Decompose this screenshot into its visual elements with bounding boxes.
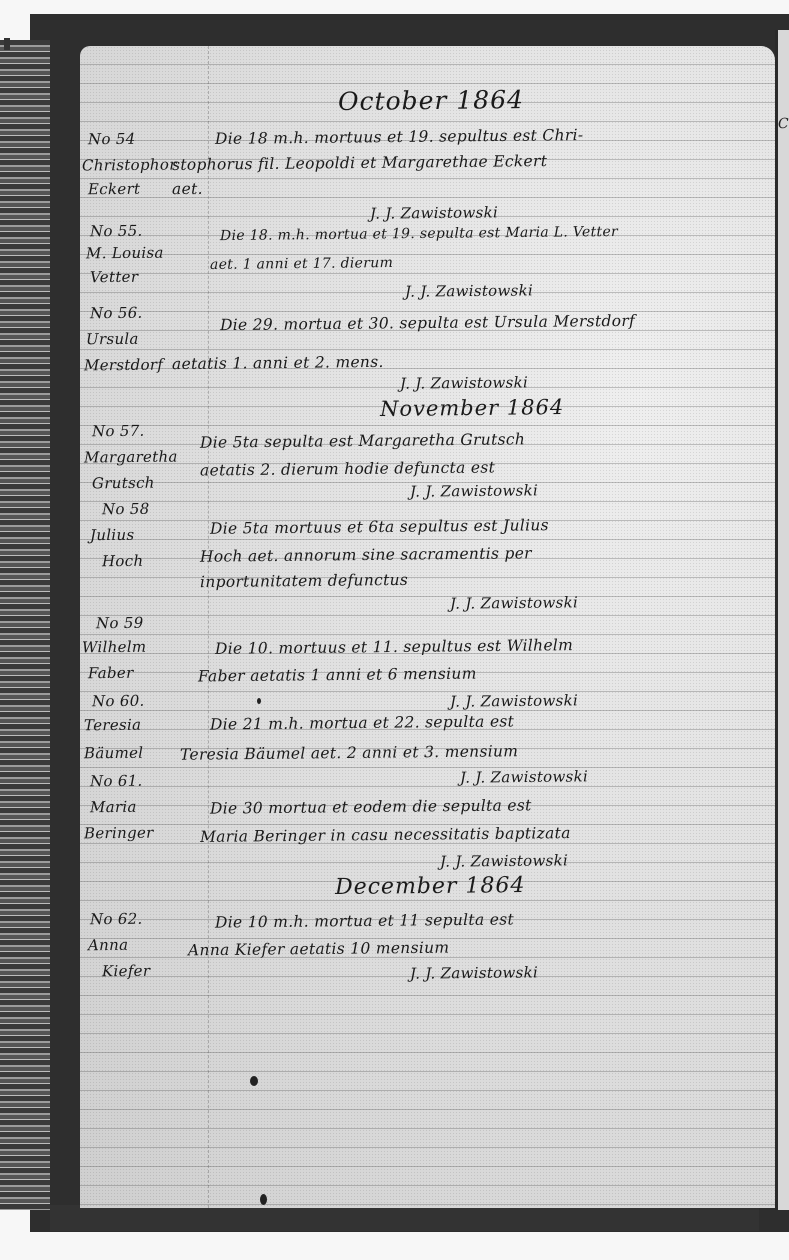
entry-text-line: Teresia Bäumel aet. 2 anni et 3. mensium bbox=[180, 742, 518, 764]
entry-name-first: Margaretha bbox=[84, 448, 178, 467]
entry-name-first: Maria bbox=[90, 798, 137, 816]
entry-text-line: Die 30 mortua et eodem die sepulta est bbox=[210, 796, 532, 817]
entry-name-first: Anna bbox=[88, 936, 128, 954]
entry-text-line: Die 18. m.h. mortua et 19. sepulta est M… bbox=[220, 224, 618, 244]
priest-signature: J. J. Zawistowski bbox=[440, 851, 568, 870]
entry-number: No 58 bbox=[102, 500, 150, 518]
entry-number: No 57. bbox=[92, 422, 145, 441]
entry-text-line: Die 18 m.h. mortuus et 19. sepultus est … bbox=[215, 126, 583, 148]
month-heading-december: December 1864 bbox=[335, 873, 526, 900]
priest-signature: J. J. Zawistowski bbox=[460, 767, 588, 786]
register-page: October 1864 No 54 Christophor Eckert Di… bbox=[80, 46, 775, 1208]
priest-signature: J. J. Zawistowski bbox=[400, 373, 528, 392]
entry-name-first: Christophor bbox=[82, 156, 177, 175]
entry-name-first: Wilhelm bbox=[82, 638, 147, 657]
entry-text-line: Faber aetatis 1 anni et 6 mensium bbox=[198, 665, 477, 686]
entry-text-line: Die 5ta sepulta est Margaretha Grutsch bbox=[200, 430, 525, 451]
entry-text-line: Anna Kiefer aetatis 10 mensium bbox=[188, 939, 450, 960]
entry-text-line: Die 29. mortua et 30. sepulta est Ursula… bbox=[220, 312, 635, 334]
margin-rule bbox=[208, 46, 210, 1208]
entry-text-line: aet. bbox=[172, 180, 203, 198]
priest-signature: J. J. Zawistowski bbox=[410, 481, 538, 500]
entry-text-line: stophorus fil. Leopoldi et Margarethae E… bbox=[172, 152, 547, 174]
priest-signature: J. J. Zawistowski bbox=[370, 203, 498, 222]
entry-text-line: Die 10 m.h. mortua et 11 sepulta est bbox=[215, 910, 514, 931]
entry-text-line: Die 5ta mortuus et 6ta sepultus est Juli… bbox=[210, 516, 549, 538]
entry-number: No 60. bbox=[92, 692, 145, 711]
entry-number: No 54 bbox=[88, 130, 136, 148]
adjacent-page-edge bbox=[775, 30, 789, 1210]
entry-name-last: Merstdorf bbox=[84, 356, 163, 375]
priest-signature: J. J. Zawistowski bbox=[450, 593, 578, 612]
entry-name-last: Bäumel bbox=[84, 744, 144, 763]
entry-number: No 56. bbox=[90, 304, 143, 323]
entry-number: No 62. bbox=[90, 910, 143, 929]
entry-number: No 55. bbox=[90, 222, 143, 241]
entry-text-line: aetatis 1. anni et 2. mens. bbox=[172, 353, 384, 373]
entry-name-last: Hoch bbox=[102, 552, 144, 570]
adjacent-page-fragment: Chri bbox=[778, 116, 789, 132]
month-heading-october: October 1864 bbox=[338, 85, 524, 116]
ink-blot bbox=[260, 1194, 267, 1205]
entry-text-line: Maria Beringer in casu necessitatis bapt… bbox=[200, 824, 571, 846]
priest-signature: J. J. Zawistowski bbox=[450, 691, 578, 710]
entry-name-last: Faber bbox=[88, 664, 134, 682]
entry-name-last: Beringer bbox=[84, 824, 154, 843]
entry-name-last: Kiefer bbox=[102, 962, 150, 981]
scan-edge-strip bbox=[0, 40, 50, 1210]
entry-text-line: inportunitatem defunctus bbox=[200, 571, 408, 591]
priest-signature: J. J. Zawistowski bbox=[410, 963, 538, 982]
entry-name-last: Grutsch bbox=[92, 474, 155, 493]
entry-text-line: aet. 1 anni et 17. dierum bbox=[210, 255, 393, 273]
entry-text-line: Die 10. mortuus et 11. sepultus est Wilh… bbox=[215, 636, 573, 658]
scan-bottom-shadow bbox=[50, 1205, 759, 1231]
entry-name-last: Vetter bbox=[90, 268, 138, 287]
entry-text-line: Die 21 m.h. mortua et 22. sepulta est bbox=[210, 712, 514, 733]
entry-text-line: aetatis 2. dierum hodie defuncta est bbox=[200, 458, 495, 479]
entry-name-first: Julius bbox=[90, 526, 135, 544]
priest-signature: J. J. Zawistowski bbox=[405, 281, 533, 300]
entry-name-first: Teresia bbox=[84, 716, 141, 735]
entry-name-first: M. Louisa bbox=[86, 244, 164, 263]
month-heading-november: November 1864 bbox=[380, 395, 565, 421]
ink-blot bbox=[257, 698, 261, 704]
entry-text-line: Hoch aet. annorum sine sacramentis per bbox=[200, 544, 532, 565]
entry-name-first: Ursula bbox=[86, 330, 139, 349]
ink-blot bbox=[250, 1076, 258, 1086]
entry-number: No 59 bbox=[96, 614, 144, 632]
scan-registration-mark bbox=[4, 38, 10, 50]
entry-name-last: Eckert bbox=[88, 180, 141, 199]
entry-number: No 61. bbox=[90, 772, 143, 791]
